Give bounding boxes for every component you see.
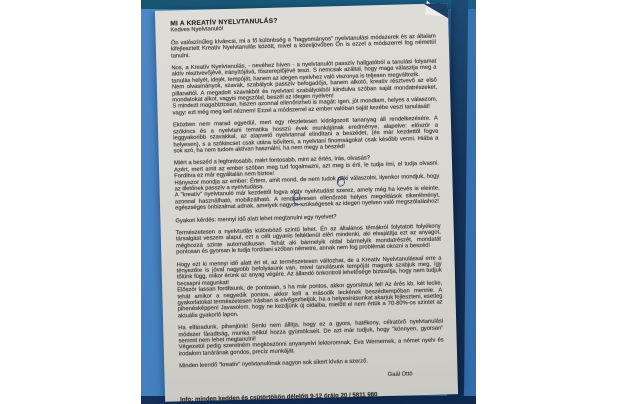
letter-page: MI A KREATÍV NYELVTANULÁS? Kedves Nyelvt… bbox=[155, 3, 458, 402]
paragraph: Ön valószínűleg kíváncsi, mi a fő különb… bbox=[171, 33, 436, 59]
letter-body: MI A KREATÍV NYELVTANULÁS? Kedves Nyelvt… bbox=[155, 3, 458, 402]
signature: Gaál Ottó bbox=[180, 370, 445, 383]
paragraph: Gyakori kérdés: mennyi idő alatt lehet m… bbox=[175, 211, 440, 224]
photo-of-letter: MI A KREATÍV NYELVTANULÁS? Kedves Nyelvt… bbox=[0, 0, 620, 404]
paragraph: Először lassan fordítsunk, de pontosan, … bbox=[177, 281, 443, 320]
paragraph: Minden leendő "kreatív" nyelvtanulónak n… bbox=[179, 357, 444, 370]
paragraph: Eközben nem marad egyedül, mert egy rész… bbox=[173, 116, 439, 155]
photo-margin-right bbox=[476, 0, 620, 404]
paragraph: Természetesen a nyelvtudás különböző szi… bbox=[176, 223, 442, 256]
photo-margin-left bbox=[0, 0, 141, 404]
blue-table-background: MI A KREATÍV NYELVTANULÁS? Kedves Nyelvt… bbox=[141, 0, 476, 404]
